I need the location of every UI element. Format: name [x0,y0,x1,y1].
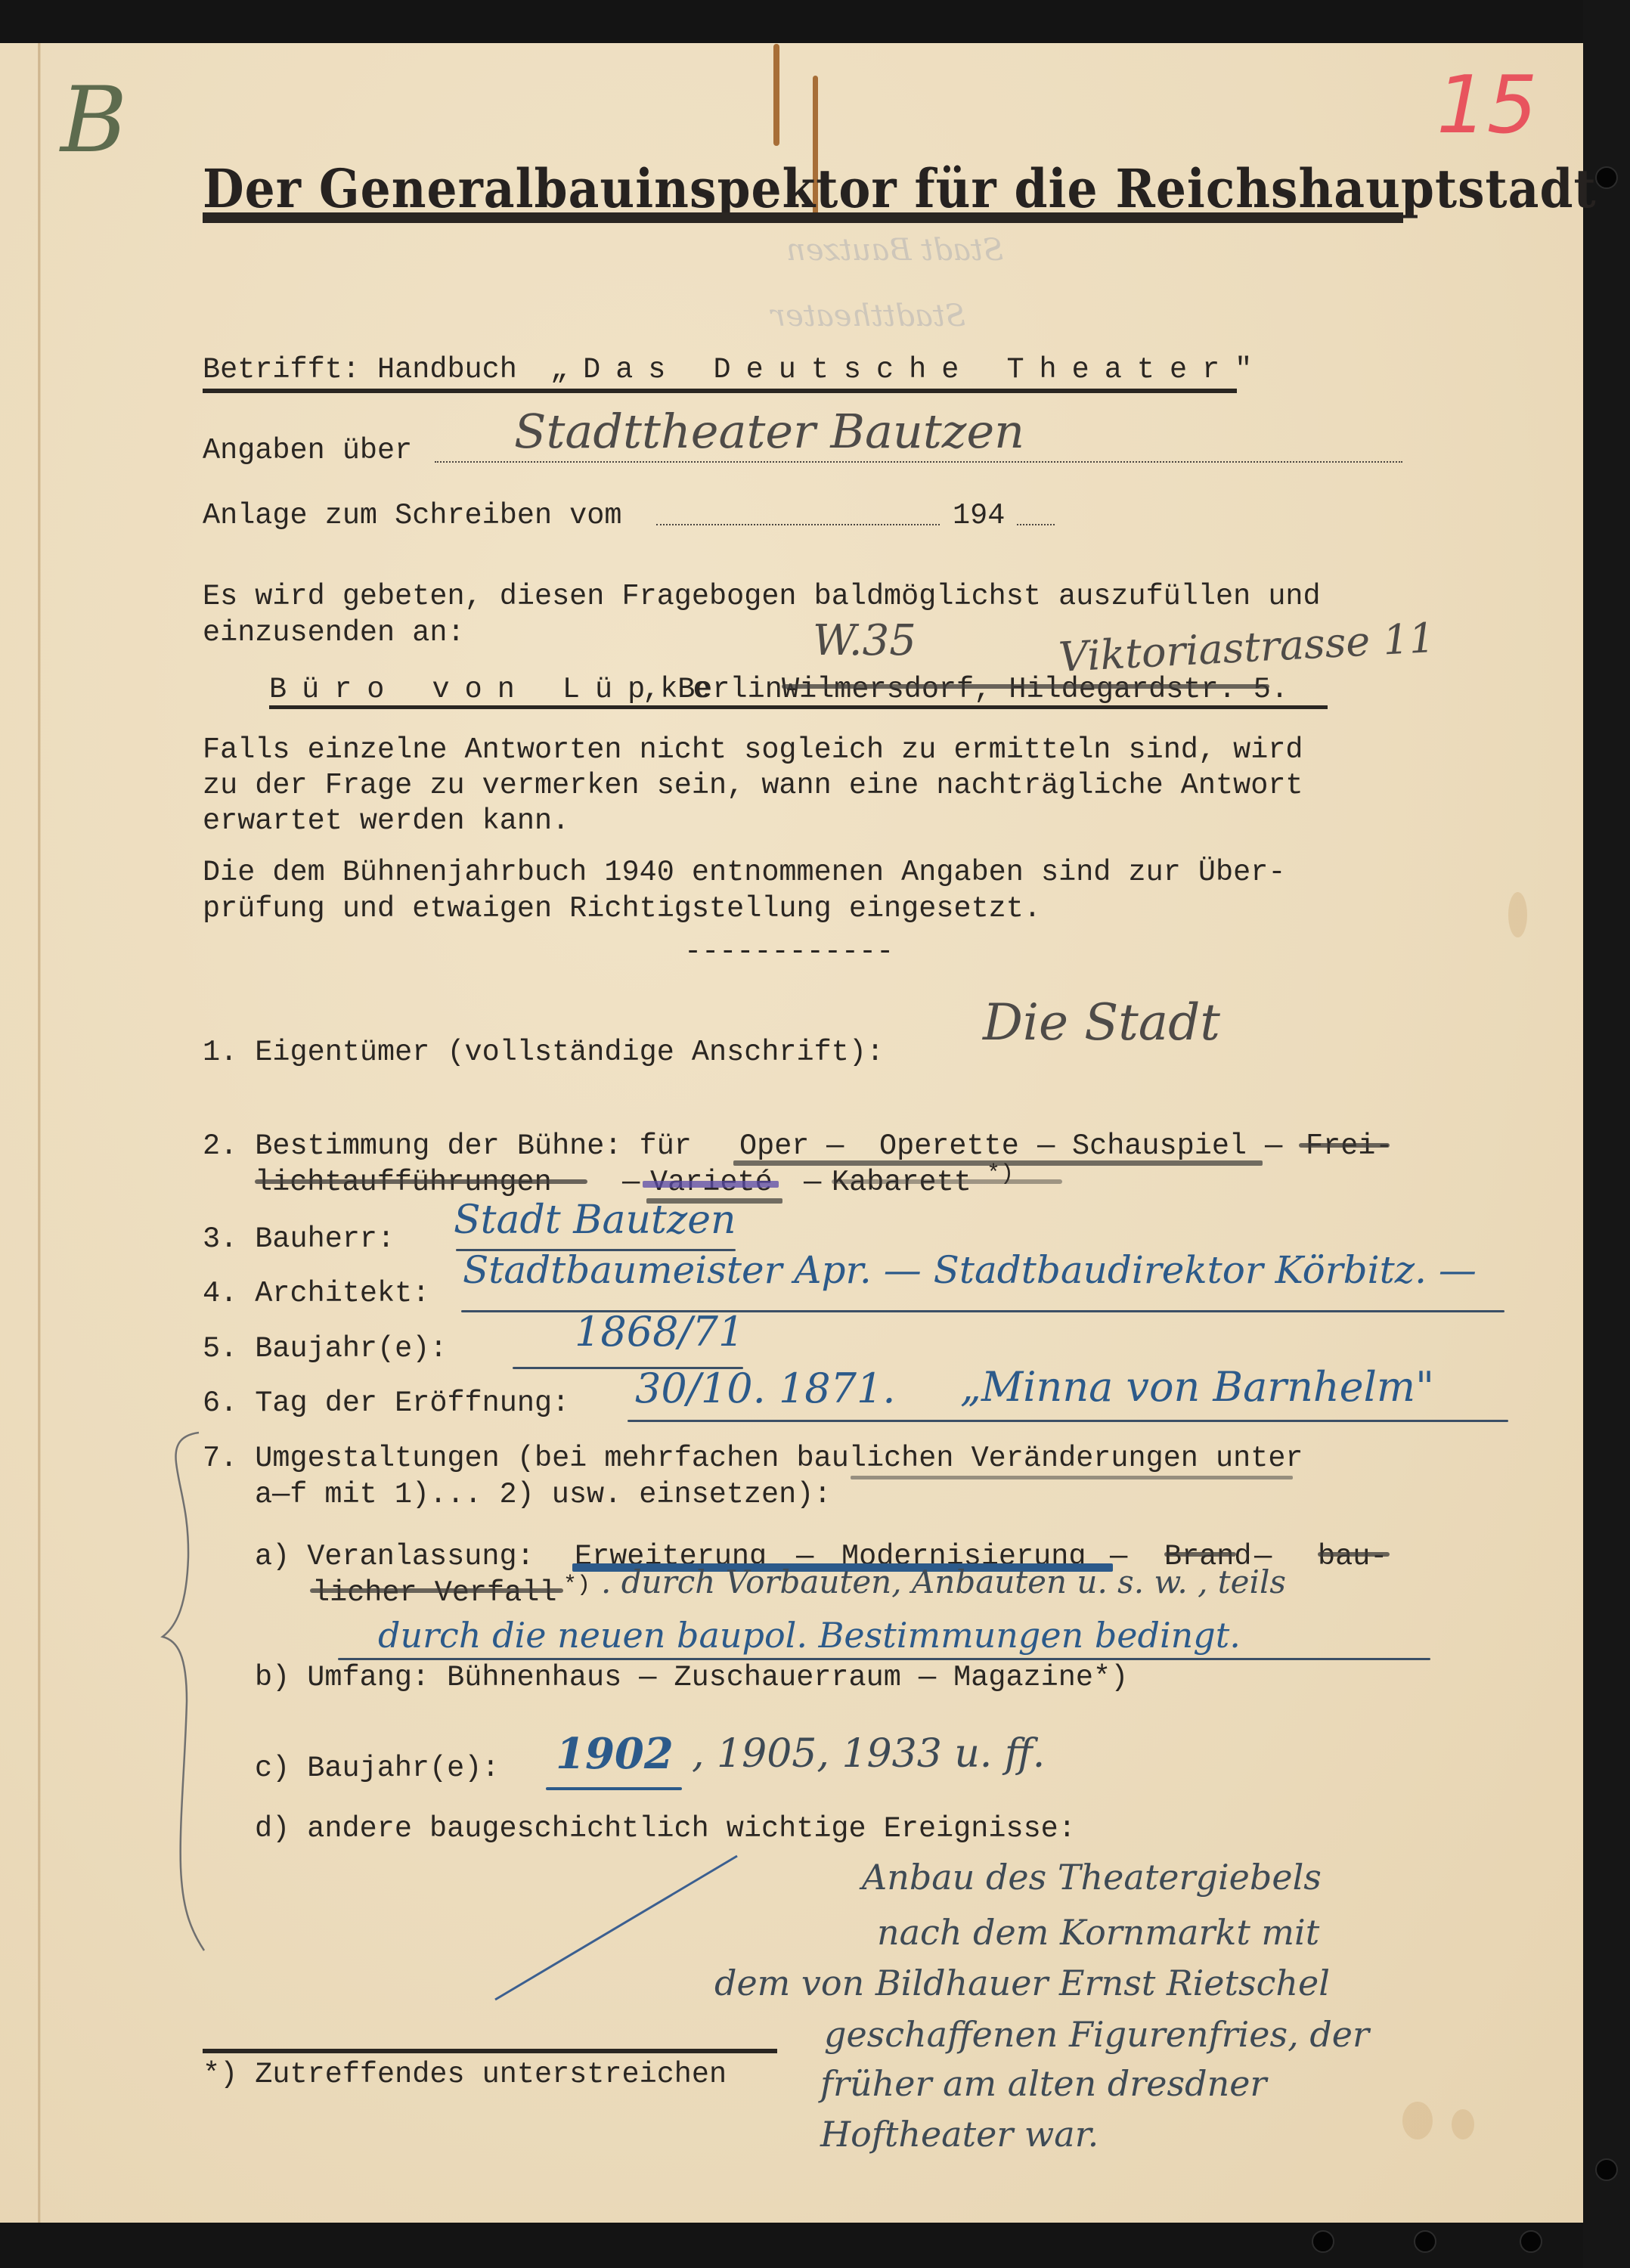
address-underline [269,705,1328,709]
letterhead-rule [203,212,1403,223]
attachment-date-dotted-line[interactable] [656,524,940,525]
q1-owner-answer[interactable]: Die Stadt [983,998,1220,1048]
note-text: zu der Frage zu vermerken sein, wann ein… [203,771,1303,801]
q7d-answer-line[interactable]: nach dem Kornmarkt mit [877,1915,1319,1950]
note-text: Falls einzelne Antworten nicht sogleich … [203,736,1303,765]
q2-dash: — [786,1168,838,1198]
note-text: erwartet werden kann. [203,807,569,836]
attachment-year: 194 [953,501,1005,531]
foxing-stain [1508,892,1527,937]
q6-opening-date-label: 6. Tag der Eröffnung: [203,1389,569,1418]
q7b-scope-label: b) Umfang: Bühnenhaus — Zuschauerraum — … [255,1663,1128,1693]
scanner-background-right [1583,0,1630,2268]
q7a-answer-line-1[interactable]: . durch Vorbauten, Anbauten u. s. w. , t… [601,1566,1286,1598]
address-correction-postal: W.35 [813,620,916,662]
binder-hole [1414,2230,1436,2253]
source-note-text: prüfung und etwaigen Richtigstellung ein… [203,894,1041,924]
address-struck-street: Wilmersdorf, Hildegardstr. 5 [782,675,1271,705]
q2-purple-strike [643,1181,779,1188]
q7a-footnote-ref: *) [563,1574,590,1597]
section-separator: ------------ [684,937,894,967]
blue-ink-slash-mark [491,1852,741,2003]
q2-option-operetta[interactable]: Operette [879,1132,1019,1161]
q6-answer-underline [628,1420,1508,1422]
q7a-option-decay-cont[interactable]: licher Verfall [312,1579,556,1608]
q7c-years-label: c) Baujahr(e): [255,1754,499,1783]
letterhead-title: Der Generalbauinspektor für die Reichsha… [203,157,1597,220]
bleed-through-text: Stadt Bautzen [786,233,1003,268]
q7c-years-answer-first[interactable]: 1902 [556,1733,674,1775]
address-strikethrough [782,684,1269,689]
q7a-strikethrough [310,1588,563,1593]
request-text: einzusenden an: [203,618,465,648]
q2-option-opera[interactable]: Oper [739,1132,809,1161]
q7a-strikethrough [1164,1552,1236,1557]
q2-dash: — [1247,1132,1300,1161]
attachment-year-dotted-line[interactable] [1017,524,1055,525]
q2-strikethrough [255,1179,587,1184]
q7d-answer-line[interactable]: dem von Bildhauer Ernst Rietschel [714,1966,1330,2000]
q6-opening-play-answer[interactable]: „Minna von Barnhelm" [960,1367,1434,1408]
footnote-rule [203,2049,777,2053]
q1-owner-label: 1. Eigentümer (vollständige Anschrift): [203,1038,884,1067]
q7-alterations-label: 7. Umgestaltungen (bei mehrfachen baulic… [203,1444,1303,1473]
q7d-answer-line[interactable]: Anbau des Theatergiebels [862,1860,1322,1895]
foxing-stain [1452,2109,1474,2139]
request-text: Es wird gebeten, diesen Fragebogen baldm… [203,582,1321,612]
q5-construction-year-label: 5. Baujahr(e): [203,1334,447,1364]
q3-builder-label: 3. Bauherr: [203,1225,395,1254]
q2-strikethrough [1299,1143,1390,1148]
q7d-answer-line[interactable]: früher am alten dresdner [820,2066,1266,2101]
q2-strikethrough [832,1179,1062,1184]
q7d-events-label: d) andere baugeschichtlich wichtige Erei… [255,1814,1076,1844]
q4-architect-label: 4. Architekt: [203,1279,429,1309]
attachment-label: Anlage zum Schreiben vom [203,501,622,531]
about-dotted-line [435,461,1402,463]
source-note-text: Die dem Bühnenjahrbuch 1940 entnommenen … [203,858,1285,888]
q7c-years-answer-rest[interactable]: , 1905, 1933 u. ff. [692,1734,1045,1774]
foxing-stain [1402,2102,1433,2139]
address-city: , Berlin- [643,675,800,705]
staple-rust-mark [773,44,779,146]
q7a-answer-line-2[interactable]: durch die neuen baupol. Bestimmungen bed… [378,1618,1241,1653]
q7d-answer-line[interactable]: geschaffenen Figurenfries, der [824,2017,1369,2052]
q7-pencil-underline [851,1476,1293,1479]
binder-hole [1595,2158,1618,2181]
q7d-answer-line[interactable]: Hoftheater war. [820,2117,1099,2152]
q7a-answer-underline [338,1658,1430,1660]
q7-alterations-label: a—f mit 1)... 2) usw. einsetzen): [255,1480,831,1510]
q2-dash: — [809,1132,861,1161]
about-label: Angaben über [203,436,412,466]
q6-opening-date-answer[interactable]: 30/10. 1871. [635,1368,896,1409]
bleed-through-text: Stadttheater [771,299,965,333]
q7a-strikethrough [1318,1552,1390,1557]
q2-option-drama[interactable]: Schauspiel [1072,1132,1247,1161]
q7c-answer-underline [546,1787,682,1790]
footnote-text: *) Zutreffendes unterstreichen [203,2060,727,2090]
subject-label: Betrifft: Handbuch [203,355,535,385]
about-handwritten-value[interactable]: Stadttheater Bautzen [514,408,1024,455]
page-number-mark: 15 [1436,59,1538,151]
address-period: . [1271,675,1288,705]
fold-line [38,43,41,2223]
subject-underline [203,389,1237,393]
q7a-reason-label: a) Veranlassung: [255,1542,552,1572]
q5-construction-year-answer[interactable]: 1868/71 [575,1312,744,1352]
q2-dash: — [1020,1132,1072,1161]
archive-letter-mark: B [60,68,127,173]
q4-architect-answer[interactable]: Stadtbaumeister Apr. — Stadtbaudirektor … [463,1251,1477,1289]
binder-hole [1595,166,1618,189]
q7a-option-decay[interactable]: bau- [1318,1542,1387,1572]
subject-value: „Das Deutsche Theater" [550,355,1267,385]
q3-builder-answer[interactable]: Stadt Bautzen [454,1201,736,1240]
binder-hole [1520,2230,1542,2253]
q2-stage-purpose-label: 2. Bestimmung der Bühne: für [203,1132,709,1161]
pencil-brace-bracket [155,1429,208,1958]
binder-hole [1312,2230,1334,2253]
